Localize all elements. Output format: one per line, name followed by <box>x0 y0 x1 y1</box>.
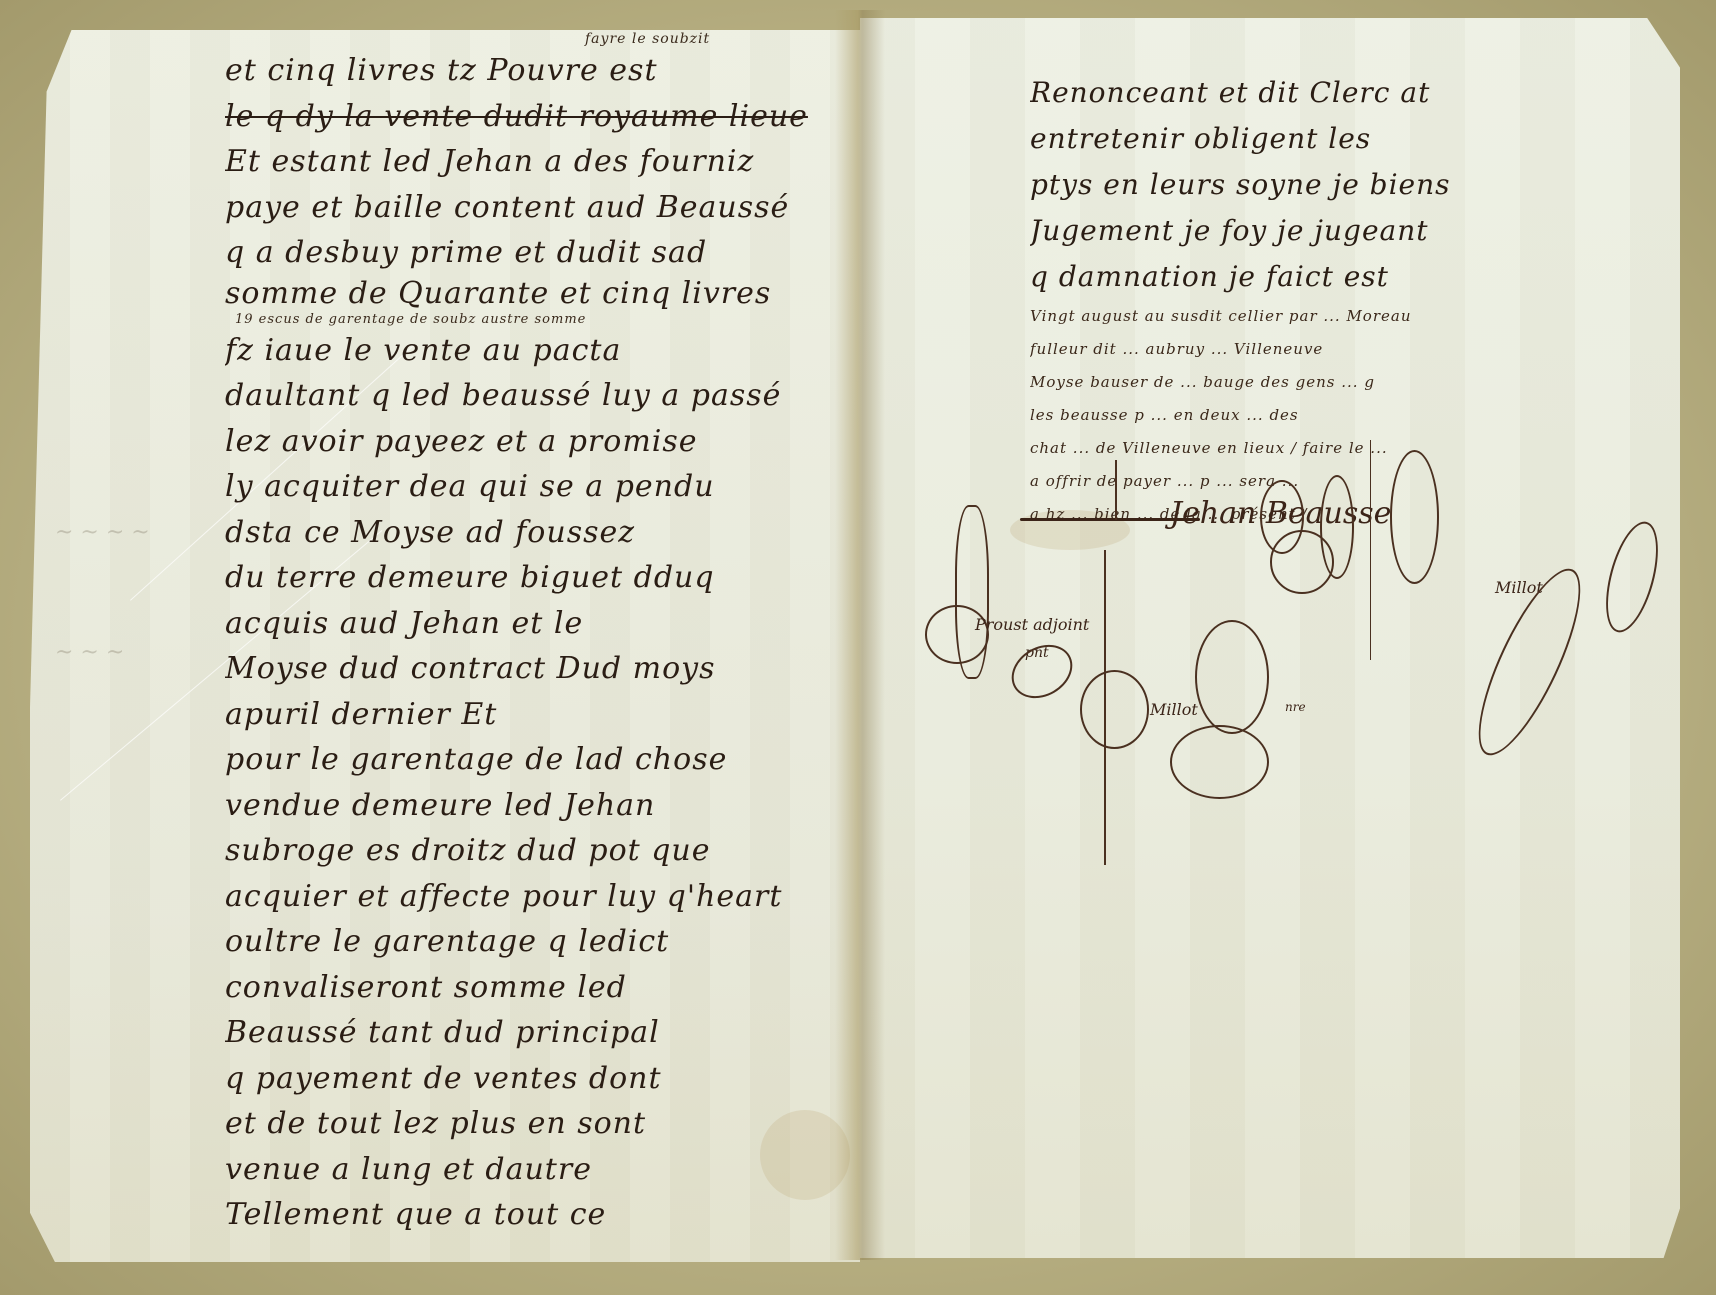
text-line-small: les beausse p ... en deux ... des <box>1030 399 1660 432</box>
text-line: q payement de ventes dont <box>225 1056 845 1102</box>
signature-proust: Proust adjoint <box>975 615 1089 634</box>
text-line: fz iaue le vente au pacta <box>225 328 845 374</box>
text-line-small: Moyse bauser de ... bauge des gens ... g <box>1030 366 1660 399</box>
text-line: acquis aud Jehan et le <box>225 601 845 647</box>
text-line: oultre le garentage q ledict <box>225 919 845 965</box>
right-page-text: Renonceant et dit Clerc at entretenir ob… <box>1030 70 1660 531</box>
text-line: q a desbuy prime et dudit sad <box>225 230 845 276</box>
text-line: pour le garentage de lad chose <box>225 737 845 783</box>
text-line: entretenir obligent les <box>1030 116 1660 162</box>
text-line: vendue demeure led Jehan <box>225 783 845 829</box>
text-line: Beaussé tant dud principal <box>225 1010 845 1056</box>
text-line: Tellement que a tout ce <box>225 1192 845 1238</box>
text-line: subroge es droitz dud pot que <box>225 828 845 874</box>
text-line: Renonceant et dit Clerc at <box>1030 70 1660 116</box>
insertion-line: 19 escus de garentage de soubz austre so… <box>225 312 845 328</box>
text-line-small: Vingt august au susdit cellier par ... M… <box>1030 300 1660 333</box>
text-line-small: fulleur dit ... aubruy ... Villeneuve <box>1030 333 1660 366</box>
text-line: Moyse dud contract Dud moys <box>225 646 845 692</box>
text-line: paye et baille content aud Beaussé <box>225 185 845 231</box>
bleed-through-text: ~ ~ ~ <box>55 640 124 665</box>
signature-vertical-stroke <box>1370 440 1371 660</box>
text-line: q damnation je faict est <box>1030 254 1660 300</box>
signature-flourish <box>1170 725 1269 799</box>
signature-flourish <box>1390 450 1439 584</box>
text-line: convaliseront somme led <box>225 965 845 1011</box>
text-line: apuril dernier Et <box>225 692 845 738</box>
text-line: acquier et affecte pour luy q'heart <box>225 874 845 920</box>
signature-flourish <box>925 605 989 664</box>
text-line: Jugement je foy je jugeant <box>1030 208 1660 254</box>
text-line-struck: le q dy la vente dudit royaume lieue <box>225 94 845 140</box>
text-line-small: chat ... de Villeneuve en lieux / faire … <box>1030 432 1660 465</box>
signature-millot-1: Millot <box>1150 700 1198 719</box>
text-line: Et estant led Jehan a des fourniz <box>225 139 845 185</box>
text-line: lez avoir payeez et a promise <box>225 419 845 465</box>
text-line: et cinq livres tz Pouvre est <box>225 48 845 94</box>
signature-flourish <box>1320 475 1354 579</box>
signature-flourish <box>1080 670 1149 749</box>
bleed-through-text: ~ ~ ~ ~ <box>55 520 150 545</box>
text-line: du terre demeure biguet dduq <box>225 555 845 601</box>
insertion-line: fayre le soubzit <box>225 30 845 48</box>
text-line: somme de Quarante et cinq livres <box>225 276 845 312</box>
signature-flourish <box>1195 620 1269 734</box>
signature-nre: nre <box>1285 700 1306 714</box>
text-line: ly acquiter dea qui se a pendu <box>225 464 845 510</box>
text-line: venue a lung et dautre <box>225 1147 845 1193</box>
text-line: et de tout lez plus en sont <box>225 1101 845 1147</box>
text-line: daultant q led beaussé luy a passé <box>225 373 845 419</box>
signature-stroke <box>1115 460 1117 520</box>
text-line: ptys en leurs soyne je biens <box>1030 162 1660 208</box>
text-line: dsta ce Moyse ad foussez <box>225 510 845 556</box>
left-page-text: fayre le soubzit et cinq livres tz Pouvr… <box>225 30 845 1238</box>
